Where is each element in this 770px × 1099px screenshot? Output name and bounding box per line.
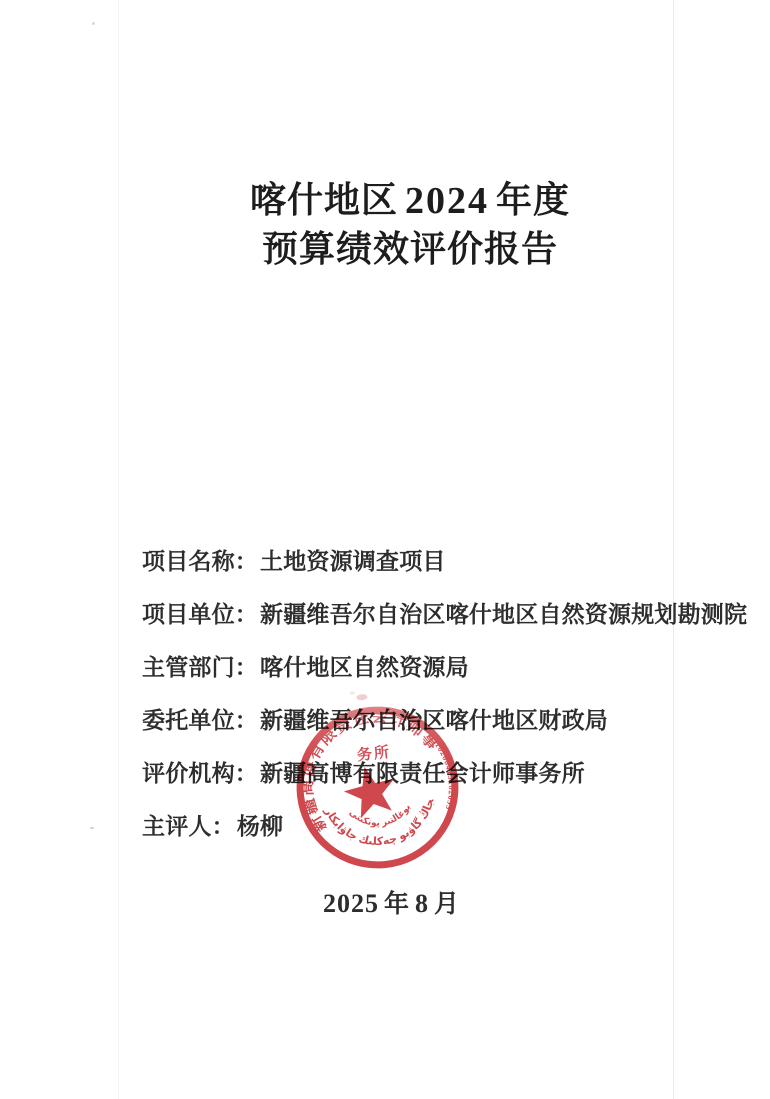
- seal-ink-smudge: [350, 691, 355, 695]
- report-title-line2: 预算绩效评价报告: [50, 225, 770, 273]
- field-label: 主管部门：: [142, 654, 258, 680]
- field-label: 主评人：: [142, 813, 235, 839]
- field-value: 土地资源调查项目: [260, 548, 446, 574]
- date-year-number: 2025: [318, 889, 384, 918]
- title-year-suffix: 年度: [496, 179, 570, 220]
- scanned-report-cover-page: 喀什地区2024年度 预算绩效评价报告 项目名称：土地资源调查项目 项目单位：新…: [0, 0, 770, 1099]
- field-row-supervising-department: 主管部门：喀什地区自然资源局: [142, 655, 747, 678]
- report-date: 2025年8月: [0, 884, 770, 920]
- report-title-line1: 喀什地区2024年度: [50, 176, 770, 225]
- report-title: 喀什地区2024年度 预算绩效评价报告: [0, 176, 770, 273]
- title-region-text: 喀什地区: [250, 179, 398, 220]
- seal-suffix-text: 务所: [356, 743, 392, 764]
- field-label: 项目名称：: [142, 548, 258, 574]
- seal-ink-smudge: [356, 694, 368, 701]
- field-row-project-name: 项目名称：土地资源调查项目: [142, 549, 747, 572]
- scan-artifact-line-left: [118, 0, 119, 1099]
- red-seal-stamp: 新疆高博有限责任会计师事 务所 6510200415102099 شىنجاڭ …: [277, 687, 478, 888]
- field-label: 项目单位：: [142, 601, 258, 627]
- title-year-number: 2024: [398, 180, 496, 222]
- field-value: 喀什地区自然资源局: [260, 654, 469, 680]
- field-value: 新疆维吾尔自治区喀什地区自然资源规划勘测院: [260, 601, 747, 627]
- date-month-number: 8: [410, 889, 434, 918]
- seal-star-icon: [339, 761, 401, 821]
- field-label: 委托单位：: [142, 707, 258, 733]
- field-row-project-unit: 项目单位：新疆维吾尔自治区喀什地区自然资源规划勘测院: [142, 602, 747, 625]
- date-year-unit: 年: [384, 890, 410, 918]
- field-label: 评价机构：: [142, 760, 258, 786]
- date-month-unit: 月: [434, 890, 460, 918]
- scan-speck: [90, 827, 94, 829]
- scan-speck: [92, 22, 95, 25]
